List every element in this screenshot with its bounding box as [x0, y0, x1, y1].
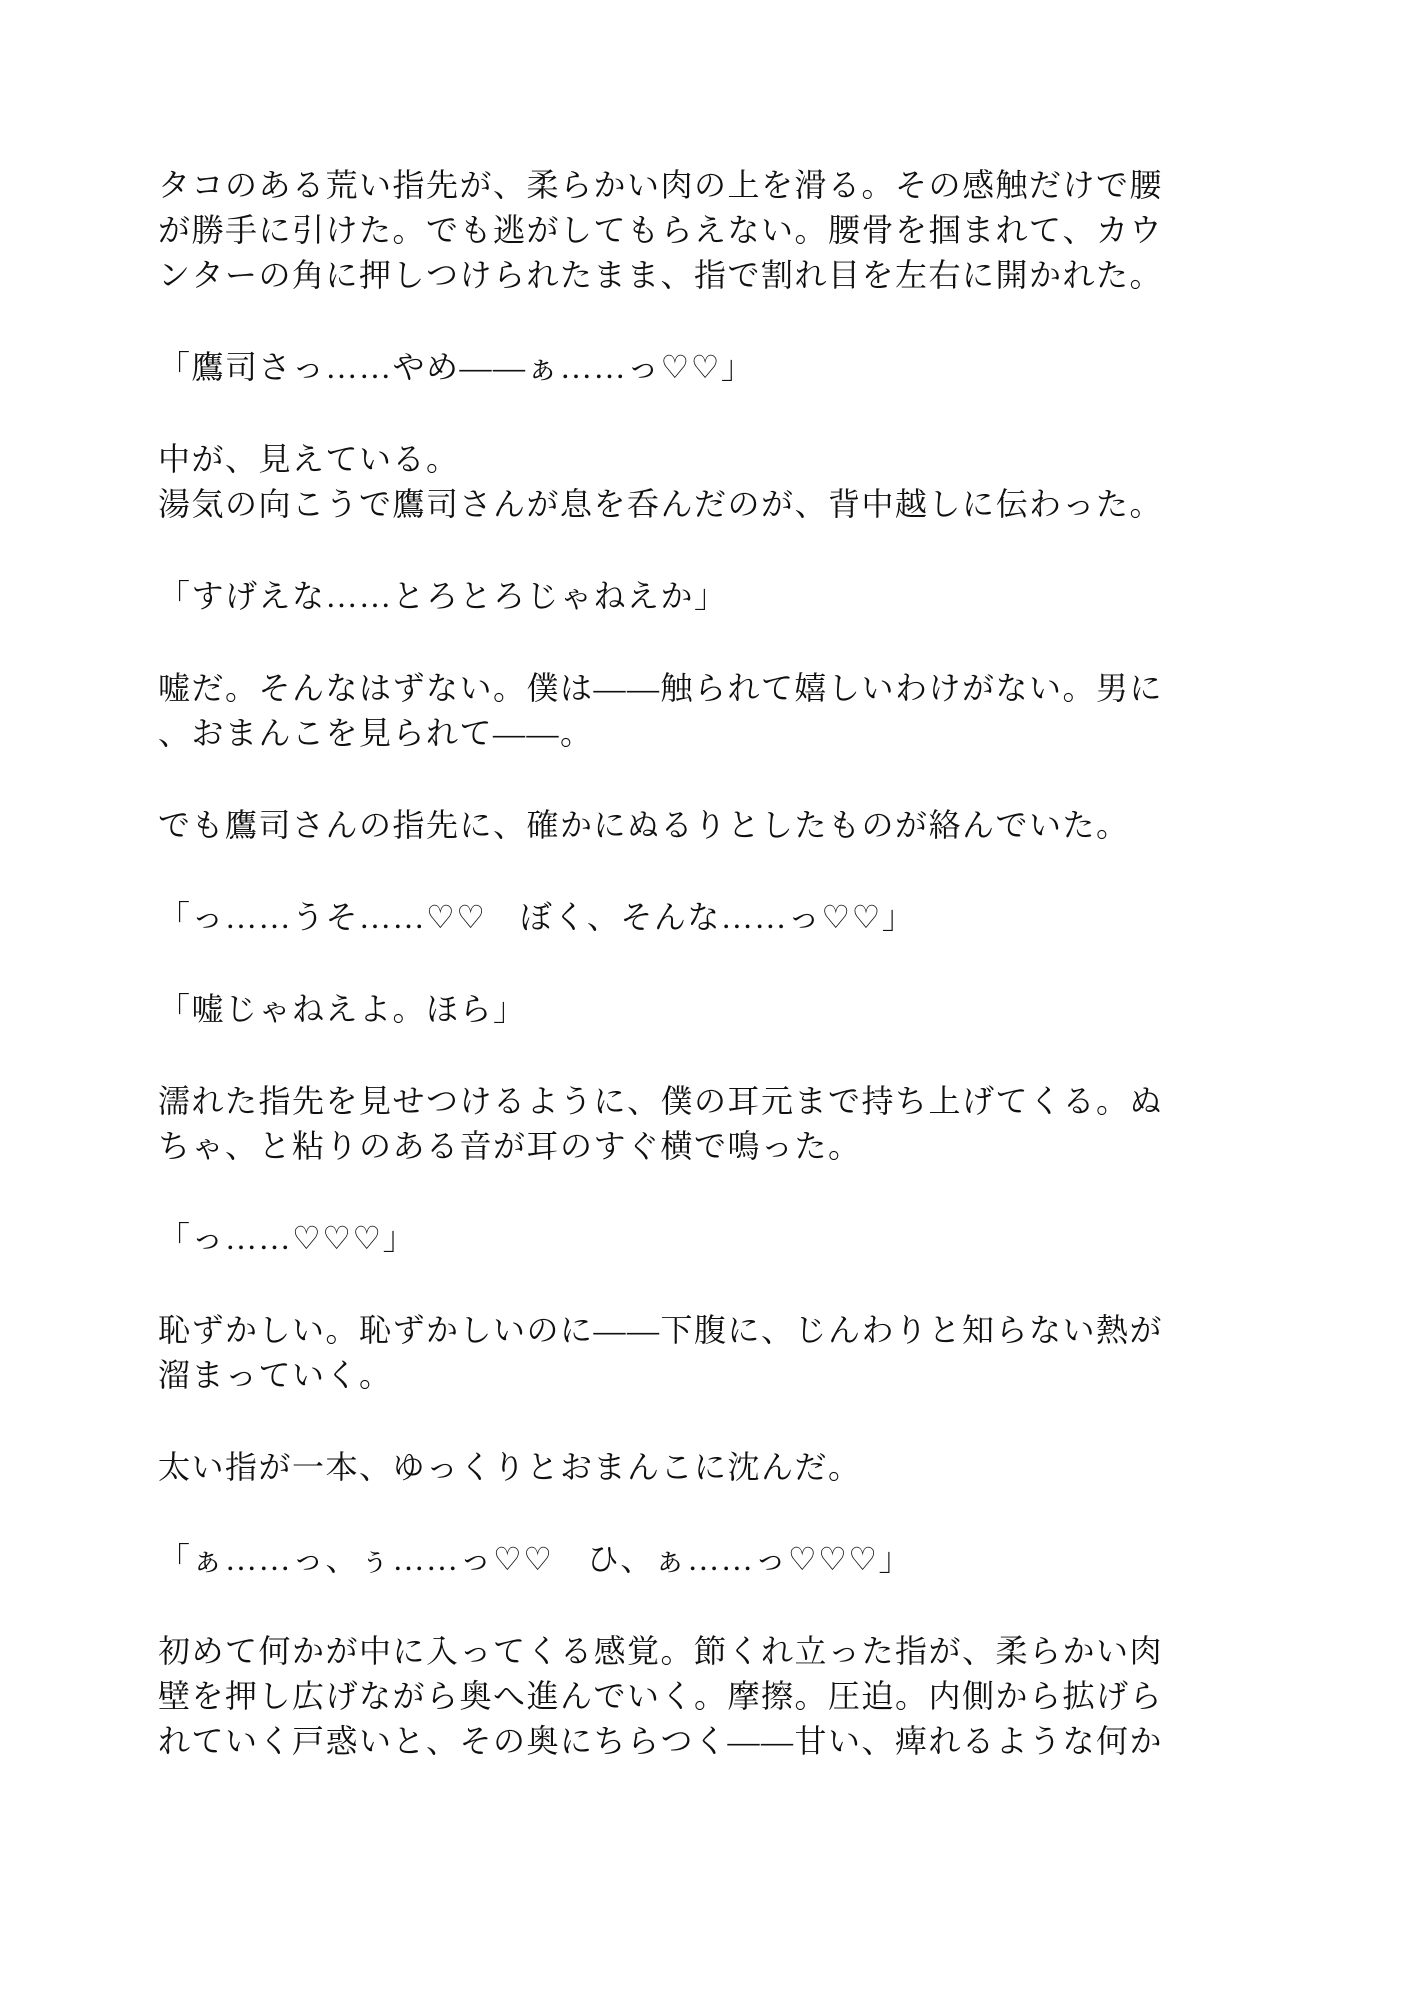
text-line: でも鷹司さんの指先に、確かにぬるりとしたものが絡んでいた。	[158, 803, 1168, 848]
text-line: 初めて何かが中に入ってくる感覚。節くれ立った指が、柔らかい肉	[158, 1629, 1168, 1674]
text-line: 湯気の向こうで鷹司さんが息を呑んだのが、背中越しに伝わった。	[158, 482, 1168, 527]
text-line: 、おまんこを見られて——。	[158, 711, 1168, 756]
narration-block: タコのある荒い指先が、柔らかい肉の上を滑る。その感触だけで腰が勝手に引けた。でも…	[158, 163, 1168, 298]
narration-block: 太い指が一本、ゆっくりとおまんこに沈んだ。	[158, 1445, 1168, 1490]
text-line: ちゃ、と粘りのある音が耳のすぐ横で鳴った。	[158, 1124, 1168, 1169]
dialogue-block: 「すげえな……とろとろじゃねえか」	[158, 574, 1168, 619]
text-line: 「っ……♡♡♡」	[158, 1216, 1168, 1261]
narration-block: でも鷹司さんの指先に、確かにぬるりとしたものが絡んでいた。	[158, 803, 1168, 848]
text-line: 「嘘じゃねえよ。ほら」	[158, 987, 1168, 1032]
text-line: 「ぁ……っ、ぅ……っ♡♡ ひ、ぁ……っ♡♡♡」	[158, 1537, 1168, 1582]
narration-block: 中が、見えている。湯気の向こうで鷹司さんが息を呑んだのが、背中越しに伝わった。	[158, 437, 1168, 527]
text-line: れていく戸惑いと、その奥にちらつく——甘い、痺れるような何か	[158, 1719, 1168, 1764]
document-page: タコのある荒い指先が、柔らかい肉の上を滑る。その感触だけで腰が勝手に引けた。でも…	[0, 0, 1415, 2000]
dialogue-block: 「鷹司さっ……やめ——ぁ……っ♡♡」	[158, 345, 1168, 390]
text-line: 「すげえな……とろとろじゃねえか」	[158, 574, 1168, 619]
text-line: 濡れた指先を見せつけるように、僕の耳元まで持ち上げてくる。ぬ	[158, 1079, 1168, 1124]
text-line: 中が、見えている。	[158, 437, 1168, 482]
narration-block: 恥ずかしい。恥ずかしいのに——下腹に、じんわりと知らない熱が溜まっていく。	[158, 1308, 1168, 1398]
text-line: 「鷹司さっ……やめ——ぁ……っ♡♡」	[158, 345, 1168, 390]
text-line: ンターの角に押しつけられたまま、指で割れ目を左右に開かれた。	[158, 253, 1168, 298]
text-line: 「っ……うそ……♡♡ ぼく、そんな……っ♡♡」	[158, 895, 1168, 940]
text-body: タコのある荒い指先が、柔らかい肉の上を滑る。その感触だけで腰が勝手に引けた。でも…	[158, 163, 1168, 1764]
text-line: 溜まっていく。	[158, 1353, 1168, 1398]
text-line: 太い指が一本、ゆっくりとおまんこに沈んだ。	[158, 1445, 1168, 1490]
text-line: 恥ずかしい。恥ずかしいのに——下腹に、じんわりと知らない熱が	[158, 1308, 1168, 1353]
text-line: 壁を押し広げながら奥へ進んでいく。摩擦。圧迫。内側から拡げら	[158, 1674, 1168, 1719]
narration-block: 濡れた指先を見せつけるように、僕の耳元まで持ち上げてくる。ぬちゃ、と粘りのある音…	[158, 1079, 1168, 1169]
narration-block: 嘘だ。そんなはずない。僕は——触られて嬉しいわけがない。男に、おまんこを見られて…	[158, 666, 1168, 756]
text-line: 嘘だ。そんなはずない。僕は——触られて嬉しいわけがない。男に	[158, 666, 1168, 711]
text-line: タコのある荒い指先が、柔らかい肉の上を滑る。その感触だけで腰	[158, 163, 1168, 208]
dialogue-block: 「っ……♡♡♡」	[158, 1216, 1168, 1261]
dialogue-block: 「嘘じゃねえよ。ほら」	[158, 987, 1168, 1032]
text-line: が勝手に引けた。でも逃がしてもらえない。腰骨を掴まれて、カウ	[158, 208, 1168, 253]
dialogue-block: 「ぁ……っ、ぅ……っ♡♡ ひ、ぁ……っ♡♡♡」	[158, 1537, 1168, 1582]
dialogue-block: 「っ……うそ……♡♡ ぼく、そんな……っ♡♡」	[158, 895, 1168, 940]
narration-block: 初めて何かが中に入ってくる感覚。節くれ立った指が、柔らかい肉壁を押し広げながら奥…	[158, 1629, 1168, 1764]
